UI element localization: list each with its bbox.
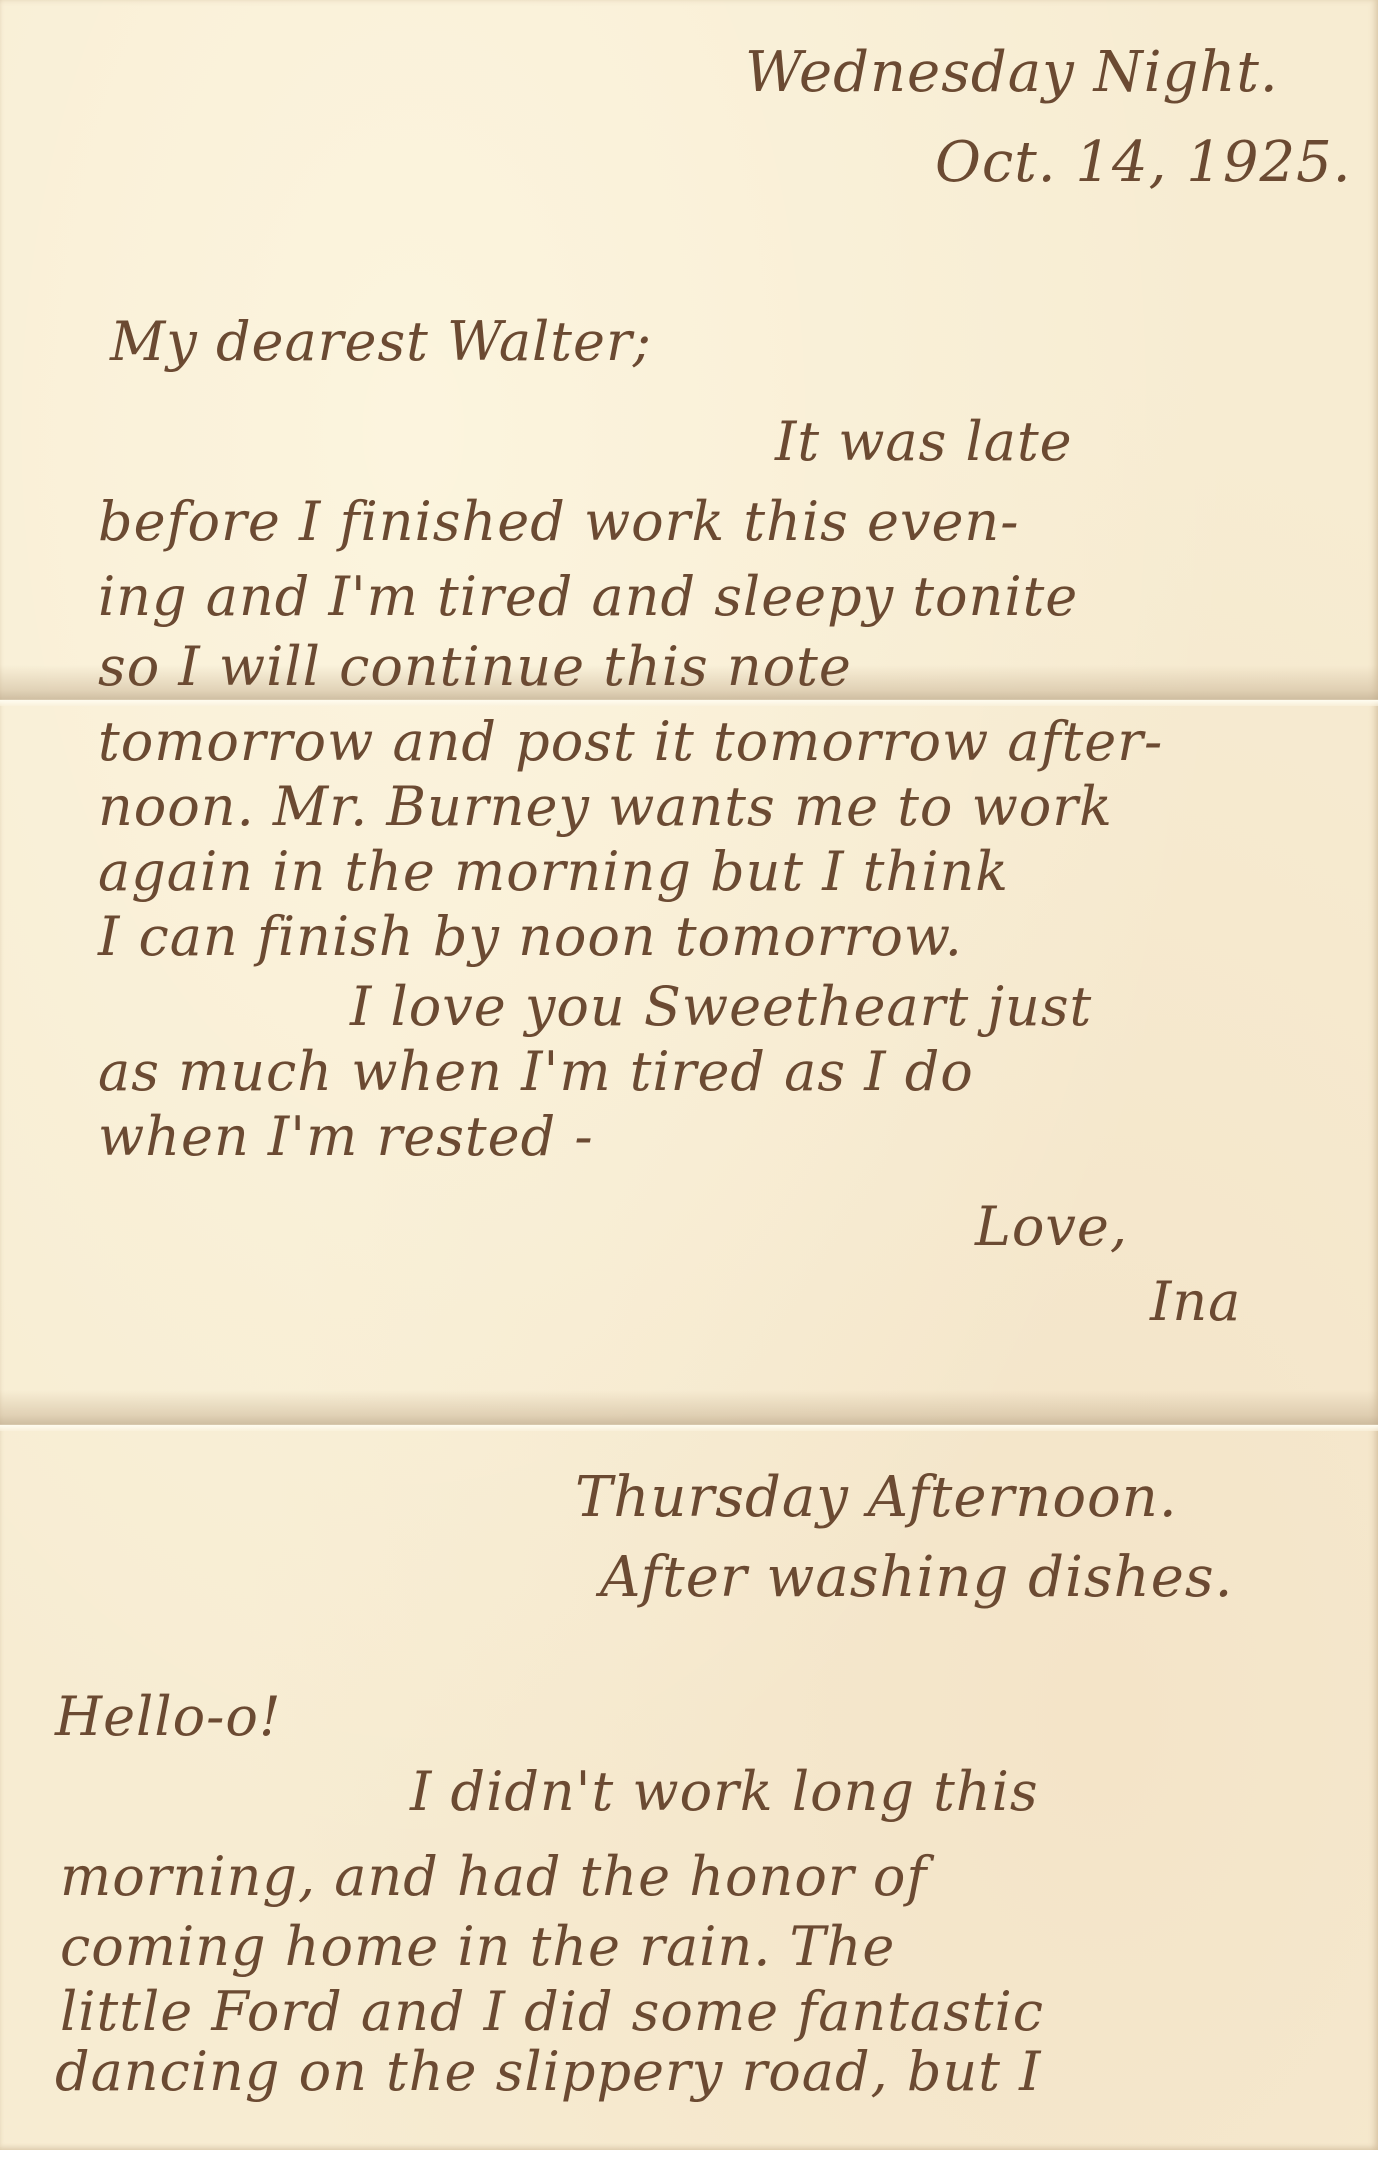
letter-line: It was late	[775, 410, 1073, 473]
letter-line: before I finished work this even-	[98, 490, 1019, 553]
letter-line: I can finish by noon tomorrow.	[98, 905, 963, 968]
letter-line: coming home in the rain. The	[60, 1915, 895, 1978]
letter-line: I love you Sweetheart just	[350, 975, 1092, 1038]
letter-salutation: My dearest Walter;	[110, 310, 652, 373]
letter-line: little Ford and I did some fantastic	[60, 1980, 1044, 2043]
paper-fold-lower	[0, 1390, 1378, 1426]
letter-line: I didn't work long this	[410, 1760, 1039, 1823]
letter-line: ing and I'm tired and sleepy tonite	[98, 565, 1078, 628]
letter-line: again in the morning but I think	[98, 840, 1009, 903]
letter-heading-day: Wednesday Night.	[745, 40, 1279, 105]
letter-line: so I will continue this note	[98, 635, 852, 698]
letter-heading-day-2: Thursday Afternoon.	[575, 1465, 1178, 1530]
paper-fold-lower-edge	[0, 1425, 1378, 1431]
letter-line: morning, and had the honor of	[60, 1845, 927, 1908]
letter-page: Wednesday Night. Oct. 14, 1925. My deare…	[0, 0, 1378, 2150]
letter-line: as much when I'm tired as I do	[98, 1040, 974, 1103]
letter-signature: Ina	[1150, 1270, 1241, 1333]
letter-line: noon. Mr. Burney wants me to work	[98, 775, 1113, 838]
letter-line: tomorrow and post it tomorrow after-	[98, 710, 1163, 773]
letter-line: when I'm rested -	[98, 1105, 594, 1168]
letter-line: dancing on the slippery road, but I	[55, 2040, 1041, 2103]
paper-fold-upper-edge	[0, 700, 1378, 706]
letter-heading-date: Oct. 14, 1925.	[935, 130, 1352, 195]
letter-closing: Love,	[975, 1195, 1128, 1258]
letter-greeting: Hello-o!	[55, 1685, 282, 1748]
letter-heading-note: After washing dishes.	[600, 1545, 1233, 1610]
